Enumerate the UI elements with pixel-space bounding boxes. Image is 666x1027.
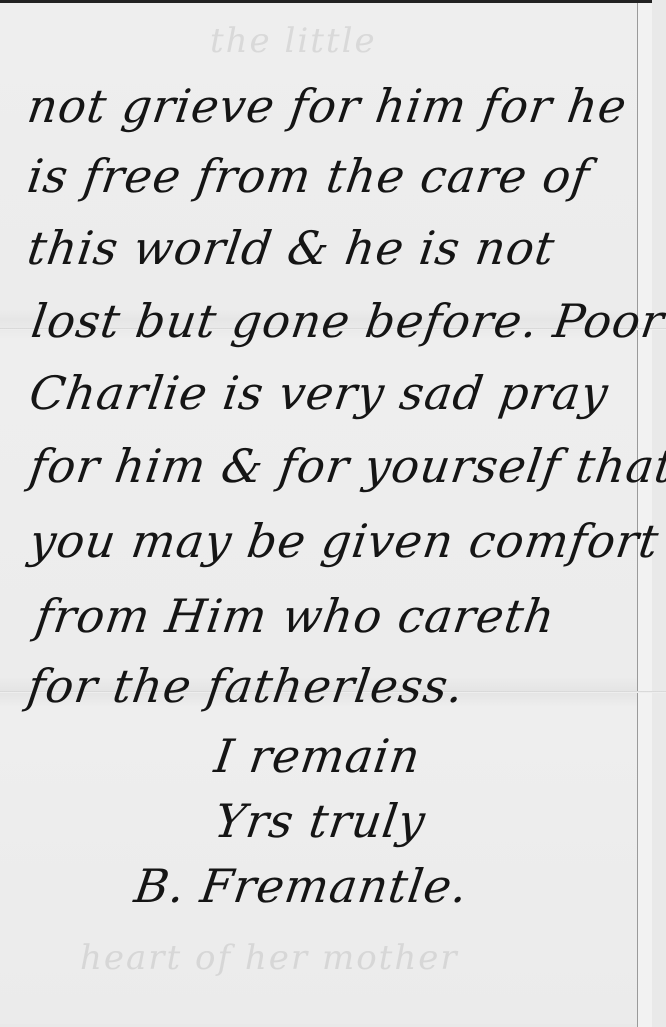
letter-line: for him & for yourself that xyxy=(27,443,666,489)
letter-line: from Him who careth xyxy=(33,593,558,639)
valediction: I remain xyxy=(212,733,424,779)
valediction: Yrs truly xyxy=(212,798,429,844)
signature: B. Fremantle. xyxy=(132,863,471,909)
letter-line: you may be given comfort xyxy=(27,518,662,564)
letter-line: lost but gone before. Poor xyxy=(29,298,666,344)
letter-line: for the fatherless. xyxy=(25,663,467,709)
letter-line: not grieve for him for he xyxy=(25,83,630,129)
show-through-text: heart of her mother xyxy=(80,938,459,978)
letter-line: this world & he is not xyxy=(25,225,558,271)
letter-line: Charlie is very sad pray xyxy=(27,370,612,416)
letter-line: is free from the care of xyxy=(25,153,593,199)
letter-page: the little heart of her mother not griev… xyxy=(0,0,652,1024)
show-through-text: the little xyxy=(210,21,377,61)
